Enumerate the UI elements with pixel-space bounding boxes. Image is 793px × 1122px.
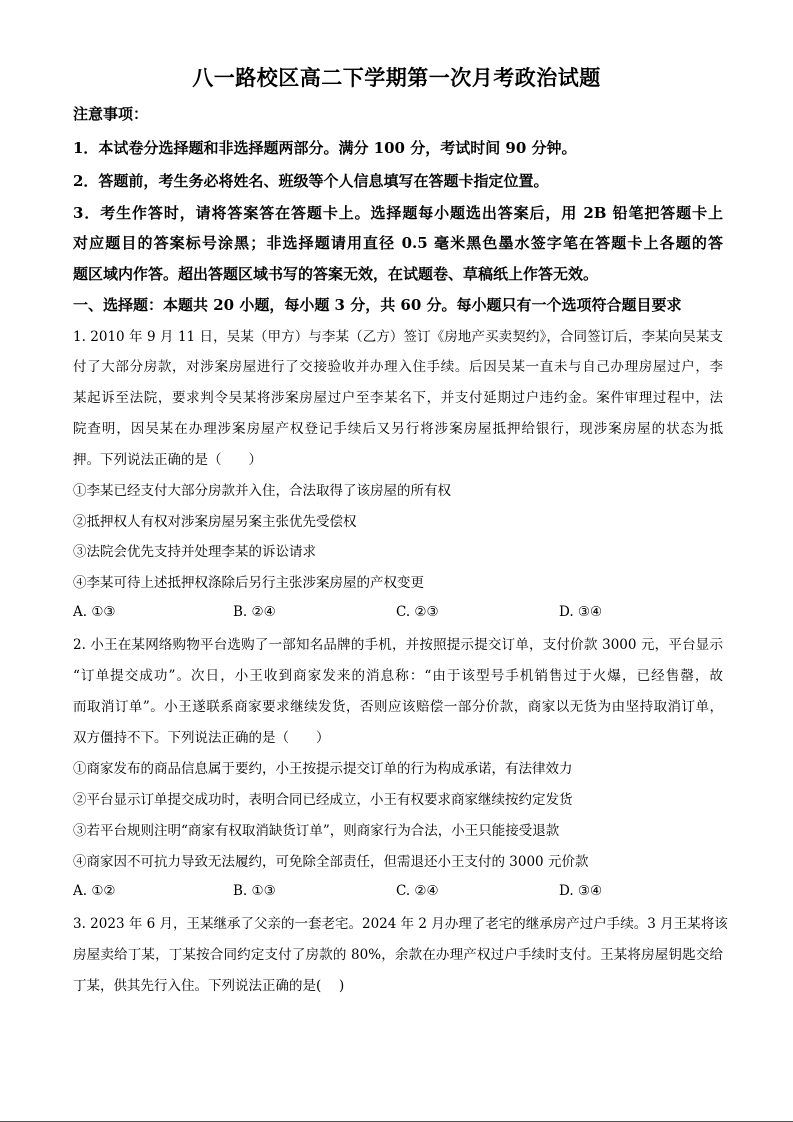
q2-stem-line-4: 双方僵持不下。下列说法正确的是（ ） <box>73 728 723 748</box>
q1-option-a: A. ①③ <box>73 604 116 620</box>
q2-option-d: D. ③④ <box>559 883 602 899</box>
q2-option-b: B. ①③ <box>233 883 276 899</box>
q2-option-c: C. ②④ <box>396 883 439 899</box>
q2-option-a: A. ①② <box>73 883 116 899</box>
exam-title: 八一路校区高二下学期第一次月考政治试题 <box>0 62 793 92</box>
q2-stem-line-3: 而取消订单”。小王遂联系商家要求继续发货，否则应该赔偿一部分价款，商家以无货为由… <box>73 697 723 717</box>
section-heading: 一、选择题：本题共 20 小题，每小题 3 分，共 60 分。每小题只有一个选项… <box>73 295 723 315</box>
notice-item-1: 1．本试卷分选择题和非选择题两部分。满分 100 分，考试时间 90 分钟。 <box>73 138 723 158</box>
q1-option-c: C. ②③ <box>396 604 439 620</box>
q3-stem-line-3: 丁某，供其先行入住。下列说法正确的是( ) <box>73 976 723 996</box>
q2-stem-line-2: “订单提交成功”。次日，小王收到商家发来的消息称：“由于该型号手机销售过于火爆，… <box>73 666 723 686</box>
q1-statement-4: ④李某可待上述抵押权涤除后另行主张涉案房屋的产权变更 <box>73 573 723 593</box>
q1-options: A. ①③ B. ②④ C. ②③ D. ③④ <box>73 604 723 624</box>
exam-page: 八一路校区高二下学期第一次月考政治试题 注意事项： 1．本试卷分选择题和非选择题… <box>0 0 793 1122</box>
q1-stem-line-3: 某起诉至法院，要求判令吴某将涉案房屋过户至李某名下，并支付延期过户违约金。案件审… <box>73 388 723 408</box>
notice-item-3-cont-2: 题区域内作答。超出答题区域书写的答案无效，在试题卷、草稿纸上作答无效。 <box>73 264 723 284</box>
q2-statement-2: ②平台显示订单提交成功时，表明合同已经成立，小王有权要求商家继续按约定发货 <box>73 790 723 810</box>
q1-stem-line-5: 押。下列说法正确的是（ ） <box>73 450 723 470</box>
q1-statement-3: ③法院会优先支持并处理李某的诉讼请求 <box>73 542 723 562</box>
q2-options: A. ①② B. ①③ C. ②④ D. ③④ <box>73 883 723 903</box>
notice-item-3-cont-1: 对应题目的答案标号涂黑；非选择题请用直径 0.5 毫米黑色墨水签字笔在答题卡上各… <box>73 233 723 253</box>
q1-statement-2: ②抵押权人有权对涉案房屋另案主张优先受偿权 <box>73 512 723 532</box>
notice-heading: 注意事项： <box>73 104 723 124</box>
q1-stem-line-2: 付了大部分房款，对涉案房屋进行了交接验收并办理入住手续。后因吴某一直未与自己办理… <box>73 357 723 377</box>
q1-stem-line-4: 院查明，因吴某在办理涉案房屋产权登记手续后又另行将涉案房屋抵押给银行，现涉案房屋… <box>73 419 723 439</box>
q1-option-b: B. ②④ <box>233 604 276 620</box>
q2-statement-3: ③若平台规则注明“商家有权取消缺货订单”，则商家行为合法，小王只能接受退款 <box>73 821 723 841</box>
q2-statement-4: ④商家因不可抗力导致无法履约，可免除全部责任，但需退还小王支付的 3000 元价… <box>73 852 723 872</box>
q1-statement-1: ①李某已经支付大部分房款并入住，合法取得了该房屋的所有权 <box>73 481 723 501</box>
notice-item-2: 2．答题前，考生务必将姓名、班级等个人信息填写在答题卡指定位置。 <box>73 171 723 191</box>
q2-stem-line-1: 2. 小王在某网络购物平台选购了一部知名品牌的手机，并按照提示提交订单，支付价款… <box>73 635 723 655</box>
q3-stem-line-2: 房屋卖给丁某，丁某按合同约定支付了房款的 80%，余款在办理产权过户手续时支付。… <box>73 945 723 965</box>
q2-statement-1: ①商家发布的商品信息属于要约，小王按提示提交订单的行为构成承诺，有法律效力 <box>73 759 723 779</box>
q3-stem-line-1: 3. 2023 年 6 月，王某继承了父亲的一套老宅。2024 年 2 月办理了… <box>73 914 723 934</box>
notice-item-3: 3．考生作答时，请将答案答在答题卡上。选择题每小题选出答案后，用 2B 铅笔把答… <box>73 203 723 223</box>
q1-option-d: D. ③④ <box>559 604 602 620</box>
q1-stem-line-1: 1. 2010 年 9 月 11 日，吴某（甲方）与李某（乙方）签订《房地产买卖… <box>73 327 723 347</box>
